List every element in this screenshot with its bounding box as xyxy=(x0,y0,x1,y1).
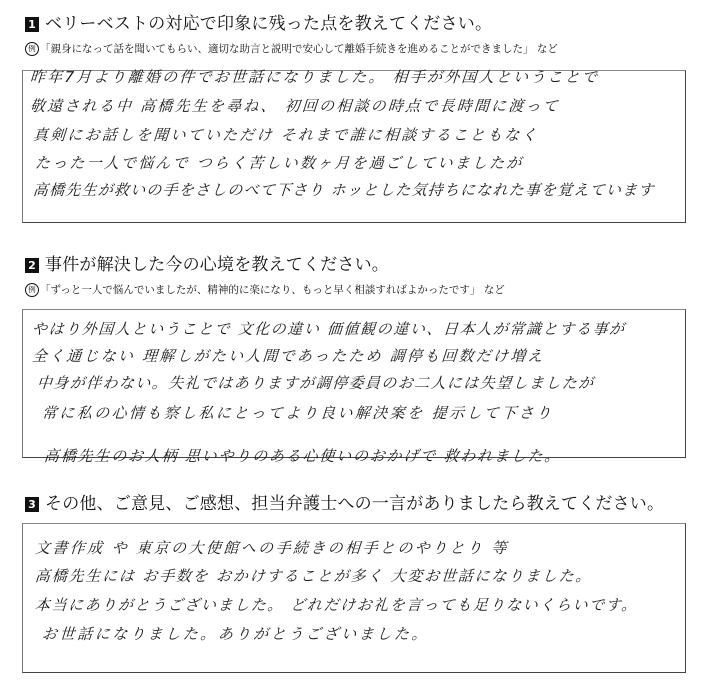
answer-1-line-4: たった一人で悩んで つらく苦しい数ヶ月を過ごしていましたが xyxy=(34,154,524,172)
question-3-text: その他、ご意見、ご感想、担当弁護士への一言がありましたら教えてください。 xyxy=(45,494,664,514)
question-1-text: ベリーベストの対応で印象に残った点を教えてください。 xyxy=(45,14,492,34)
question-1-heading: 1 ベリーベストの対応で印象に残った点を教えてください。 xyxy=(25,14,492,34)
question-number-badge: 1 xyxy=(25,17,39,32)
question-2-text: 事件が解決した今の心境を教えてください。 xyxy=(45,255,389,275)
answer-1-line-2: 敬遠される中 高橋先生を尋ね、 初回の相談の時点で長時間に渡って xyxy=(29,97,560,115)
question-2-heading: 2 事件が解決した今の心境を教えてください。 xyxy=(25,255,389,275)
answer-3-line-4: お世話になりました。ありがとうございました。 xyxy=(41,625,429,643)
answer-2-line-4: 常に私の心情も察し私にとってより良い解決案を 提示して下さり xyxy=(41,404,554,422)
answer-2-line-2: 全く通じない 理解しがたい人間であったため 調停も回数だけ増え xyxy=(31,347,545,365)
answer-3-line-2: 高橋先生には お手数を おかけすることが多く 大変お世話になりました。 xyxy=(34,567,593,585)
question-2-example: 例 「ずっと一人で悩んでいましたが、精神的に楽になり、もっと早く相談すればよかっ… xyxy=(25,283,505,297)
example-mark-icon: 例 xyxy=(25,283,39,297)
answer-box-1 xyxy=(22,70,686,223)
answer-1-line-1: 昨年7月より離婚の件でお世話になりました。 相手が外国人ということで xyxy=(29,68,599,86)
answer-1-line-3: 真剣にお話しを聞いていただけ それまで誰に相談することもなく xyxy=(32,126,539,144)
question-2-example-text: 「ずっと一人で悩んでいましたが、精神的に楽になり、もっと早く相談すればよかったで… xyxy=(40,283,505,297)
question-3-heading: 3 その他、ご意見、ご感想、担当弁護士への一言がありましたら教えてください。 xyxy=(25,494,664,514)
question-1-example-text: 「親身になって話を聞いてもらい、適切な助言と説明で安心して離婚手続きを進めること… xyxy=(40,42,558,56)
answer-2-line-3: 中身が伴わない。失礼ではありますが調停委員のお二人には失望しましたが xyxy=(36,374,595,392)
answer-3-line-3: 本当にありがとうございました。 どれだけお礼を言っても足りないくらいです。 xyxy=(34,596,638,614)
question-number-badge: 3 xyxy=(25,497,39,512)
answer-3-line-1: 文書作成 や 東京の大使館への手続きの相手とのやりとり 等 xyxy=(34,539,509,557)
answer-1-line-5: 高橋先生が救いの手をさしのべて下さり ホッとした気持ちになれた事を覚えています xyxy=(32,181,655,199)
answer-2-line-1: やはり外国人ということで 文化の違い 価値観の違い、日本人が常識とする事が xyxy=(31,320,626,338)
question-number-badge: 2 xyxy=(25,258,39,273)
example-mark-icon: 例 xyxy=(25,42,39,56)
question-1-example: 例 「親身になって話を聞いてもらい、適切な助言と説明で安心して離婚手続きを進める… xyxy=(25,42,558,56)
answer-2-line-5: 高橋先生のお人柄 思いやりのある心使いのおかげで 救われました。 xyxy=(43,447,561,465)
